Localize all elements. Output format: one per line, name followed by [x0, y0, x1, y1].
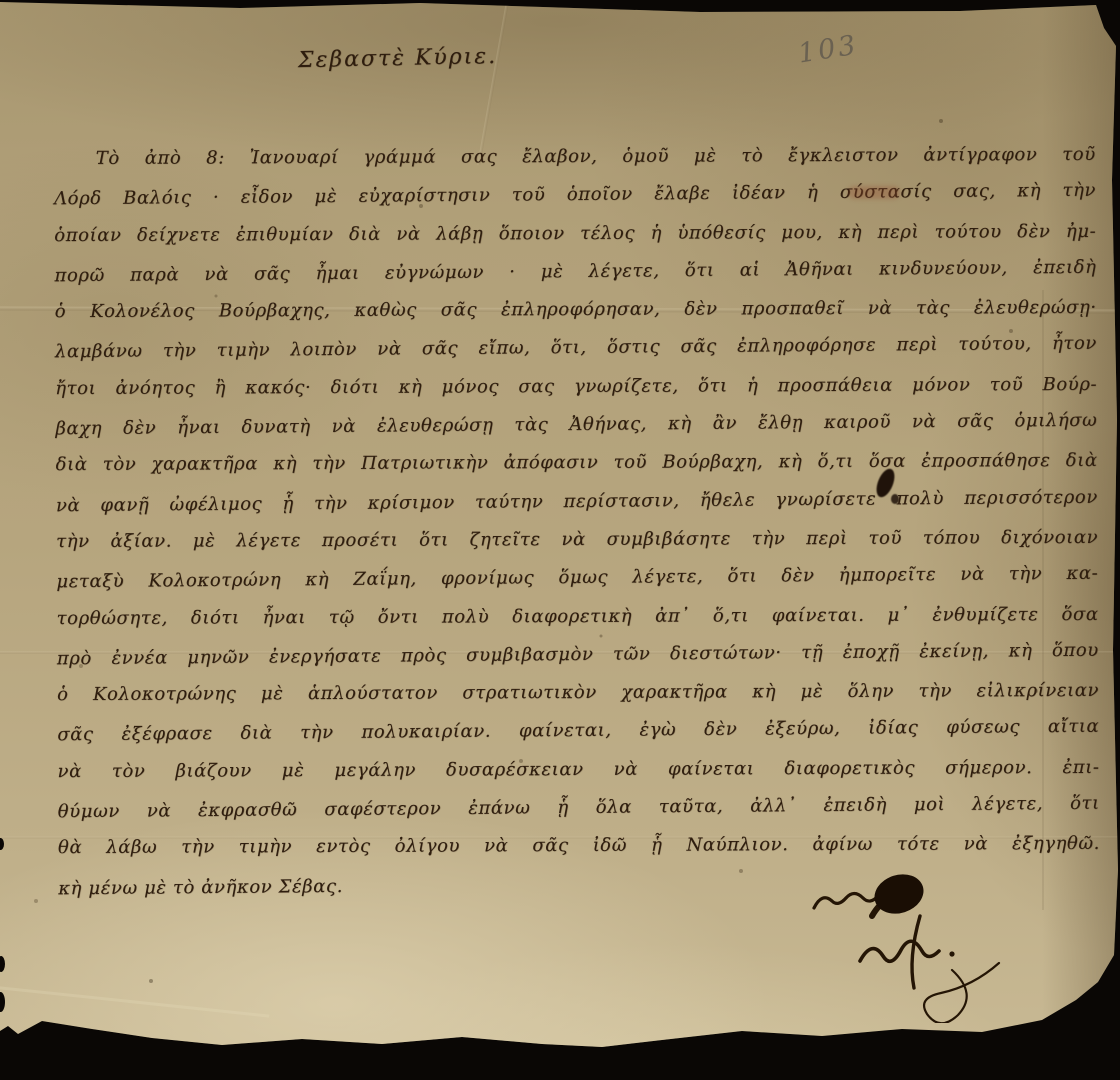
ink-blot — [891, 494, 899, 504]
letter-line: Λόρδ Βαλόις · εἶδον μὲ εὐχαρίστησιν τοῦ … — [54, 172, 1096, 219]
letter-line: πορῶ παρὰ νὰ σᾶς ἦμαι εὐγνώμων · μὲ λέγε… — [54, 249, 1096, 296]
ink-smudge — [848, 186, 900, 199]
letter-line: ἤτοι ἀνόητος ἢ κακός· διότι κὴ μόνος σας… — [55, 366, 1097, 408]
letter-line: ὁποίαν δείχνετε ἐπιθυμίαν διὰ νὰ λάβῃ ὅπ… — [54, 213, 1096, 255]
letter-salutation: Σεβαστὲ Κύριε. — [298, 44, 498, 73]
letter-line: διὰ τὸν χαρακτῆρα κὴ τὴν Πατριωτικὴν ἀπό… — [56, 442, 1098, 484]
letter-line: νὰ τὸν βιάζουν μὲ μεγάλην δυσαρέσκειαν ν… — [57, 749, 1099, 791]
torn-edge-nub — [0, 838, 4, 850]
letter-line: τὴν ἀξίαν. μὲ λέγετε προσέτι ὅτι ζητεῖτε… — [56, 519, 1098, 561]
fold-crease — [0, 985, 269, 1017]
page-number-annotation: 103 — [796, 29, 861, 69]
letter-line: τορθώσητε, διότι ἦναι τῷ ὄντι πολὺ διαφο… — [57, 595, 1099, 637]
letter-line: νὰ φανῇ ὠφέλιμος ᾗ τὴν κρίσιμον ταύτην π… — [56, 478, 1098, 525]
letter-line: σᾶς ἐξέφρασε διὰ τὴν πολυκαιρίαν. φαίνετ… — [57, 708, 1099, 755]
torn-edge-nub — [0, 956, 5, 972]
letter-line: λαμβάνω τὴν τιμὴν λοιπὸν νὰ σᾶς εἴπω, ὅτ… — [55, 325, 1097, 372]
letter-paper: Σεβαστὲ Κύριε. 103 Τὸ ἀπὸ 8: Ἰανουαρί γρ… — [0, 0, 1120, 1080]
letter-line: πρὸ ἐννέα μηνῶν ἐνεργήσατε πρὸς συμβιβασ… — [57, 632, 1099, 679]
letter-body: Τὸ ἀπὸ 8: Ἰανουαρί γράμμά σας ἔλαβον, ὁμ… — [54, 135, 1101, 907]
signature-ink-blot — [869, 868, 928, 920]
letter-line: μεταξὺ Κολοκοτρώνη κὴ Ζαΐμη, φρονίμως ὅμ… — [56, 555, 1098, 602]
letter-scan: Σεβαστὲ Κύριε. 103 Τὸ ἀπὸ 8: Ἰανουαρί γρ… — [0, 0, 1120, 1080]
signature-scrawl — [800, 858, 1100, 1023]
torn-edge-nub — [0, 992, 5, 1012]
